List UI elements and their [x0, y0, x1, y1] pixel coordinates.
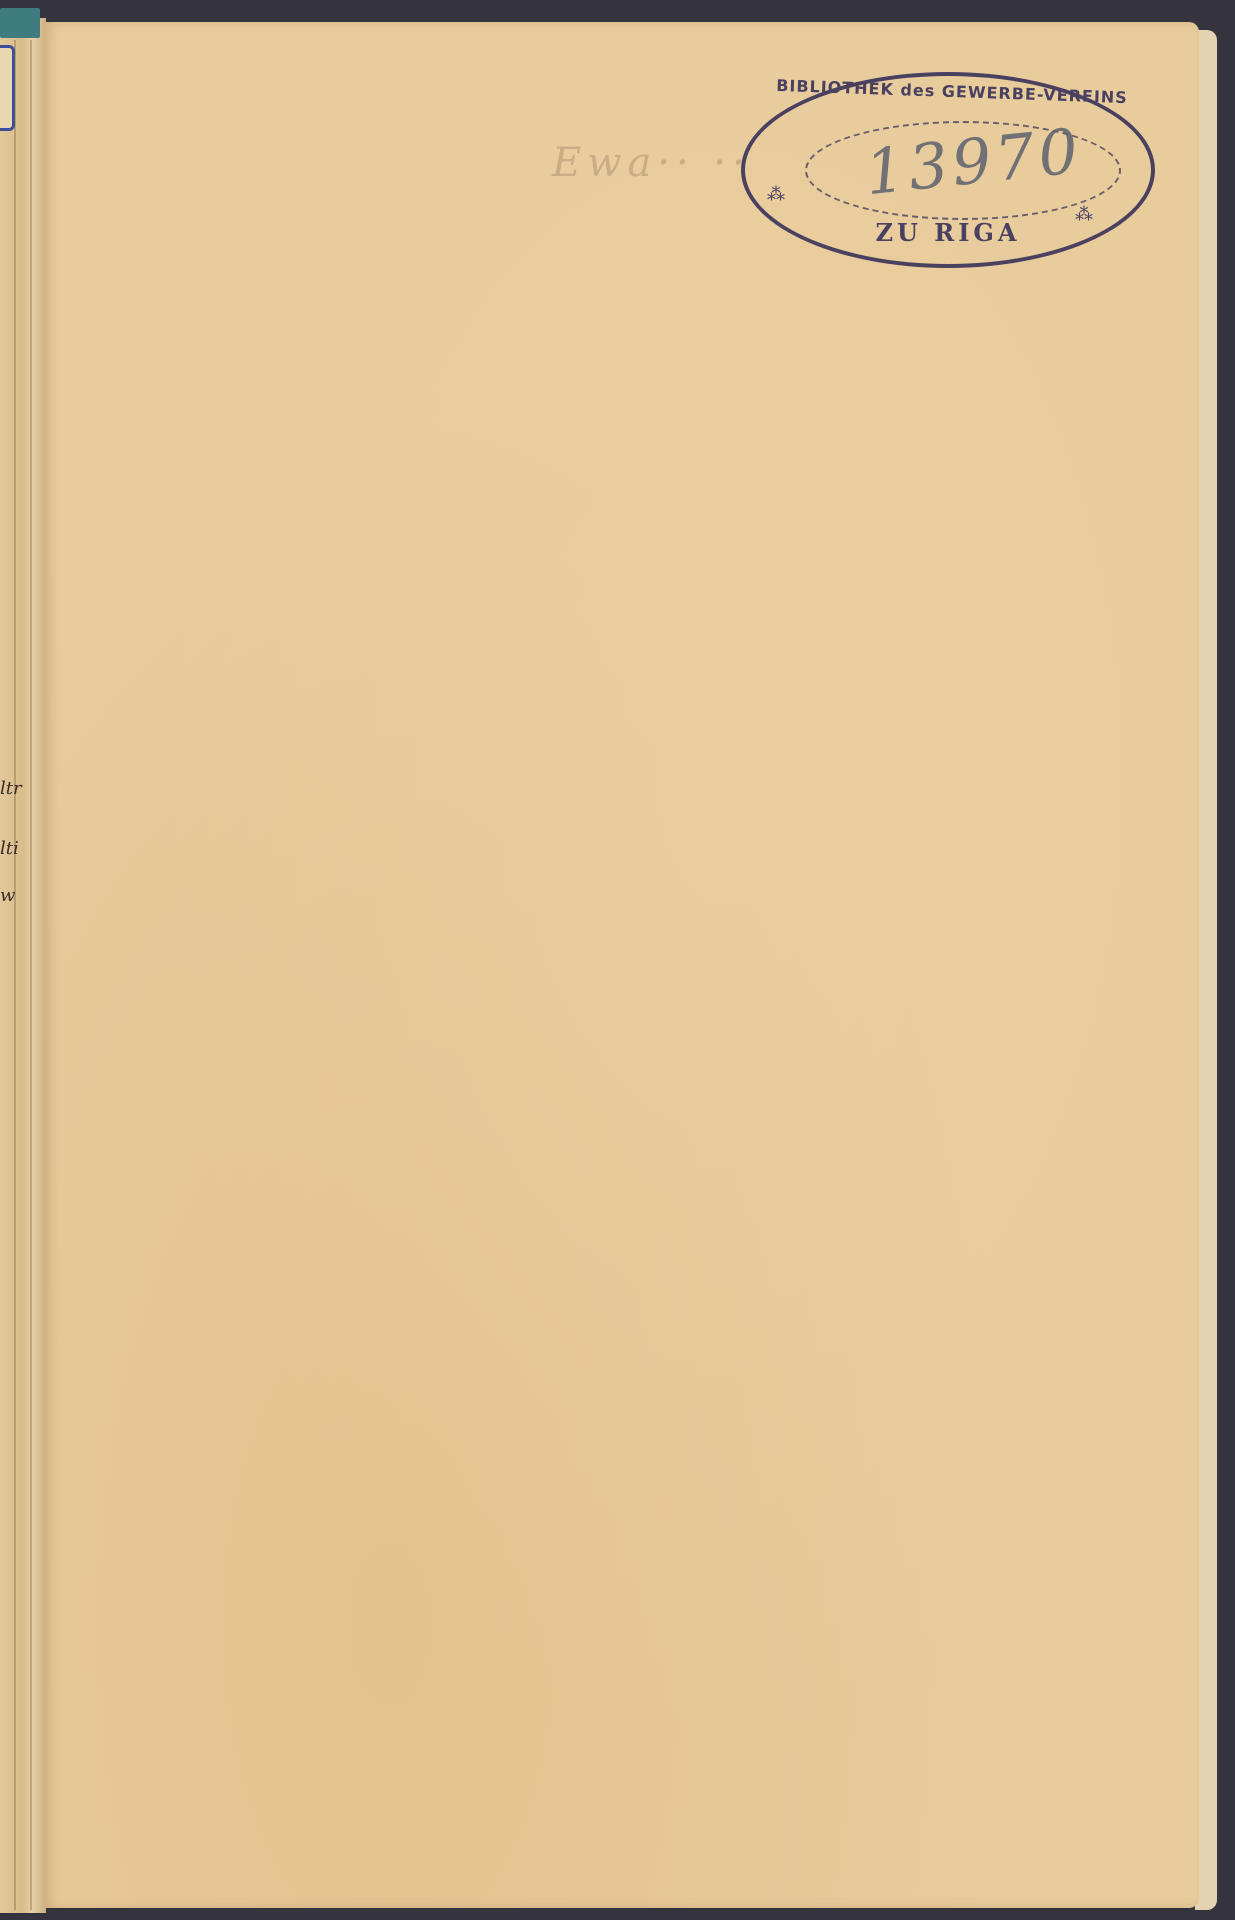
library-stamp: BIBLIOTHEK des GEWERBE-VEREINS 13970 ⁂ ⁂…: [741, 72, 1155, 268]
spine-handwriting: w: [0, 885, 15, 906]
stamp-city: ZU RIGA: [745, 218, 1151, 247]
spine-fold-line: [30, 40, 32, 1910]
pencil-inscription: Ewa·· ··: [552, 140, 751, 186]
spine-fold-line: [14, 40, 16, 1910]
spine-handwriting: ltr: [0, 778, 22, 799]
book-spine-edge: [0, 18, 46, 1913]
spine-label-frame: [0, 45, 15, 131]
flyleaf-page: [44, 22, 1199, 1908]
cover-binding-cloth: [0, 8, 40, 38]
spine-handwriting: lti: [0, 838, 19, 859]
stamp-star-icon: ⁂: [767, 184, 785, 205]
